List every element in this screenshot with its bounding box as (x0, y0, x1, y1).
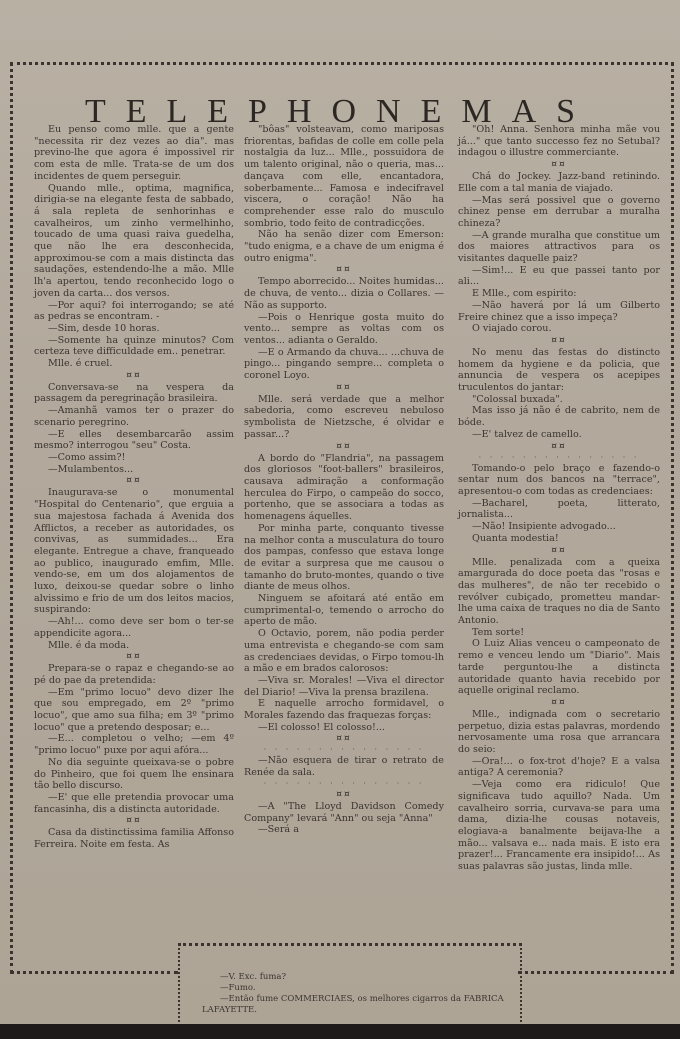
dotted-rule: · · · · · · · · · · · · · · · (244, 745, 444, 755)
paragraph: Não ha senão dizer com Emerson: "tudo en… (244, 229, 444, 264)
paragraph: —E' talvez de camello. (458, 429, 660, 441)
paragraph: O Luiz Alias venceu o campeonato de remo… (458, 638, 660, 697)
paragraph: Tomando-o pelo braço e fazendo-o sentar … (458, 463, 660, 498)
ad-line: —Fumo. (202, 983, 512, 994)
paragraph: —Será a (244, 824, 444, 836)
paragraph: —Não haverá por lá um Gilberto Freire ch… (458, 300, 660, 323)
ad-line: —V. Exc. fuma? (202, 972, 512, 983)
paragraph: Tempo aborrecido... Noites humidas... de… (244, 276, 444, 311)
paragraph: —Em "primo locuo" devo dizer lhe que sou… (34, 687, 234, 734)
paragraph: Casa da distinctissima familia Affonso F… (34, 827, 234, 850)
paragraph: Por minha parte, conquanto tivesse na me… (244, 523, 444, 593)
section-separator: ¤¤ (458, 335, 660, 347)
paragraph: —Ora!... o fox-trot d'hoje? E a valsa an… (458, 756, 660, 779)
advertisement-text: —V. Exc. fuma? —Fumo. —Então fume COMMER… (202, 972, 512, 1016)
paragraph: Prepara-se o rapaz e chegando-se ao pé d… (34, 663, 234, 686)
dotted-border-bottom-left (10, 971, 178, 974)
section-separator: ¤¤ (34, 815, 234, 827)
paragraph: —E... completou o velho; —em 4º "primo l… (34, 733, 234, 756)
paragraph: —E o Armando da chuva... ...chuva de pin… (244, 347, 444, 382)
paragraph: O viajado corou. (458, 323, 660, 335)
section-separator: ¤¤ (458, 159, 660, 171)
section-separator: ¤¤ (458, 545, 660, 557)
paragraph: Mlle. será verdade que a melhor sabedori… (244, 394, 444, 441)
dotted-border-right (671, 62, 674, 974)
paragraph: —Viva sr. Morales! —Viva el director del… (244, 675, 444, 698)
paragraph: —Como assim?! (34, 452, 234, 464)
newspaper-page: TELEPHONEMAS Eu penso como mlle. que a g… (0, 0, 680, 1039)
paragraph: —Ah!... como deve ser bom o ter-se appen… (34, 616, 234, 639)
paragraph: —Mulambentos... (34, 464, 234, 476)
dotted-border-top (10, 62, 674, 65)
paragraph: O Octavio, porem, não podia perder uma e… (244, 628, 444, 675)
section-separator: ¤¤ (244, 733, 444, 745)
dotted-rule: · · · · · · · · · · · · · · · (244, 779, 444, 789)
paragraph: A bordo do "Flandria", na passagem dos g… (244, 453, 444, 523)
page-edge-shadow (0, 1024, 680, 1039)
paragraph: —Somente ha quinze minutos? Com certeza … (34, 335, 234, 358)
text-column-3: "Oh! Anna. Senhora minha mãe vou já..." … (458, 124, 660, 873)
dotted-rule: · · · · · · · · · · · · · · · (458, 453, 660, 463)
paragraph: No menu das festas do distincto homem da… (458, 347, 660, 394)
paragraph: Mlle., indignada com o secretario perpet… (458, 709, 660, 756)
paragraph: Conversava-se na vespera da passagem da … (34, 382, 234, 405)
paragraph: —A "The Lloyd Davidson Comedy Company" l… (244, 801, 444, 824)
paragraph: —E elles desembarcarão assim mesmo? inte… (34, 429, 234, 452)
section-separator: ¤¤ (244, 264, 444, 276)
section-separator: ¤¤ (34, 651, 234, 663)
section-separator: ¤¤ (458, 441, 660, 453)
ad-line: —Então fume COMMERCIAES, os melhores cig… (202, 994, 512, 1016)
paragraph: —El colosso! El colosso!... (244, 722, 444, 734)
dotted-border-left (10, 62, 13, 974)
paragraph: E Mlle., com espirito: (458, 288, 660, 300)
paragraph: "bôas" volsteavam, como mariposas friore… (244, 124, 444, 229)
section-separator: ¤¤ (458, 697, 660, 709)
paragraph: Tem sorte! (458, 627, 660, 639)
paragraph: —Sim, desde 10 horas. (34, 323, 234, 335)
paragraph: Inaugurava-se o monumental "Hospital do … (34, 487, 234, 616)
text-column-1: Eu penso como mlle. que a gente "necessi… (34, 124, 234, 851)
paragraph: Ninguem se afoitará até então em cumprim… (244, 593, 444, 628)
paragraph: —Por aqui? foi interrogando; se até as p… (34, 300, 234, 323)
paragraph: —Amanhã vamos ter o prazer do scenario p… (34, 405, 234, 428)
paragraph: "Oh! Anna. Senhora minha mãe vou já..." … (458, 124, 660, 159)
paragraph: Eu penso como mlle. que a gente "necessi… (34, 124, 234, 183)
paragraph: —Não! Insipiente advogado... (458, 521, 660, 533)
paragraph: "Colossal buxada". (458, 394, 660, 406)
dotted-border-bottom-right (518, 971, 674, 974)
section-separator: ¤¤ (34, 475, 234, 487)
paragraph: —Não esquera de tirar o retrato de Renée… (244, 755, 444, 778)
paragraph: Mlle. penalizada com a queixa amargurada… (458, 557, 660, 627)
section-separator: ¤¤ (244, 441, 444, 453)
paragraph: —Sim!... E eu que passei tanto por ali..… (458, 265, 660, 288)
paragraph: Quanta modestia! (458, 533, 660, 545)
paragraph: —A grande muralha que constitue um dos m… (458, 230, 660, 265)
paragraph: Mlle. é cruel. (34, 358, 234, 370)
section-separator: ¤¤ (244, 382, 444, 394)
paragraph: Chá do Jockey. Jazz-band retinindo. Elle… (458, 171, 660, 194)
paragraph: E naquelle arrocho formidavel, o Morales… (244, 698, 444, 721)
paragraph: Quando mlle., optima, magnifica, dirigia… (34, 183, 234, 300)
paragraph: —Pois o Henrique gosta muito do vento...… (244, 312, 444, 347)
section-separator: ¤¤ (34, 370, 234, 382)
text-column-2: "bôas" volsteavam, como mariposas friore… (244, 124, 444, 836)
paragraph: —E' que elle pretendia provocar uma fanc… (34, 792, 234, 815)
paragraph: Mlle. é da moda. (34, 640, 234, 652)
paragraph: —Mas será possivel que o governo chinez … (458, 195, 660, 230)
paragraph: —Veja como era ridiculo! Que significava… (458, 779, 660, 873)
paragraph: No dia seguinte queixava-se o pobre do P… (34, 757, 234, 792)
paragraph: Mas isso já não é de cabrito, nem de bód… (458, 405, 660, 428)
section-separator: ¤¤ (244, 789, 444, 801)
paragraph: —Bacharel, poeta, litterato, jornalista.… (458, 498, 660, 521)
